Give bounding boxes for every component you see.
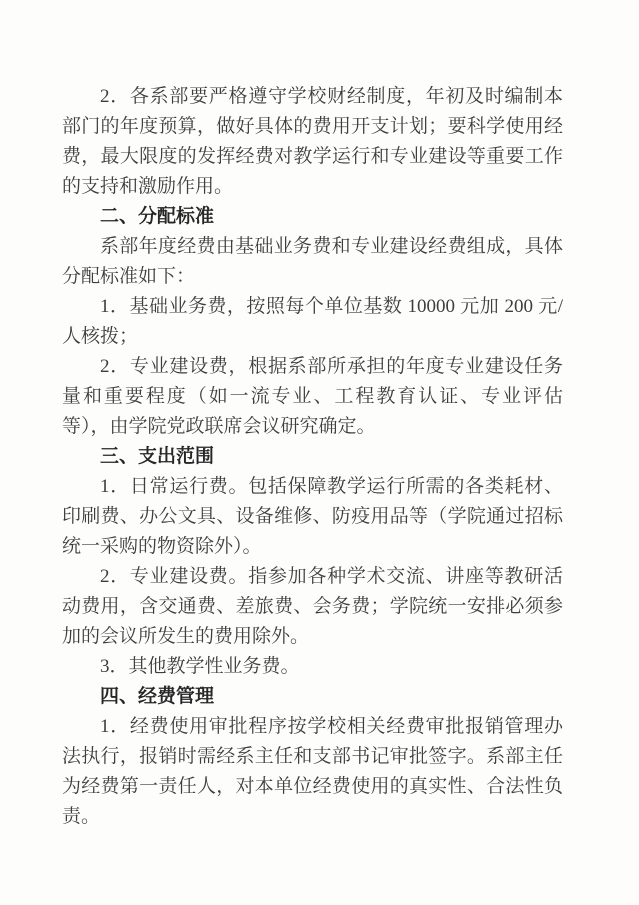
section-heading-allocation-standard: 二、分配标准: [62, 202, 563, 232]
paragraph-daily-operation-expense: 1．日常运行费。包括保障教学运行所需的各类耗材、印刷费、办公文具、设备维修、防疫…: [62, 472, 563, 562]
paragraph-major-construction-expense: 2．专业建设费。指参加各种学术交流、讲座等教研活动费用，含交通费、差旅费、会务费…: [62, 562, 563, 652]
section-heading-fund-management: 四、经费管理: [62, 682, 563, 712]
paragraph-major-construction-fee: 2．专业建设费，根据系部所承担的年度专业建设任务量和重要程度（如一流专业、工程教…: [62, 352, 563, 442]
section-heading-expenditure-scope: 三、支出范围: [62, 442, 563, 472]
document-text-block: 2．各系部要严格遵守学校财经制度，年初及时编制本部门的年度预算，做好具体的费用开…: [62, 82, 563, 832]
paragraph-allocation-intro: 系部年度经费由基础业务费和专业建设经费组成，具体分配标准如下：: [62, 232, 563, 292]
paragraph-budget-discipline: 2．各系部要严格遵守学校财经制度，年初及时编制本部门的年度预算，做好具体的费用开…: [62, 82, 563, 202]
paragraph-basic-operation-fee: 1．基础业务费，按照每个单位基数 10000 元加 200 元/人核拨；: [62, 292, 563, 352]
paragraph-approval-procedure: 1．经费使用审批程序按学校相关经费审批报销管理办法执行，报销时需经系主任和支部书…: [62, 712, 563, 832]
paragraph-other-teaching-expense: 3．其他教学性业务费。: [62, 652, 563, 682]
document-page: 2．各系部要严格遵守学校财经制度，年初及时编制本部门的年度预算，做好具体的费用开…: [0, 0, 639, 905]
